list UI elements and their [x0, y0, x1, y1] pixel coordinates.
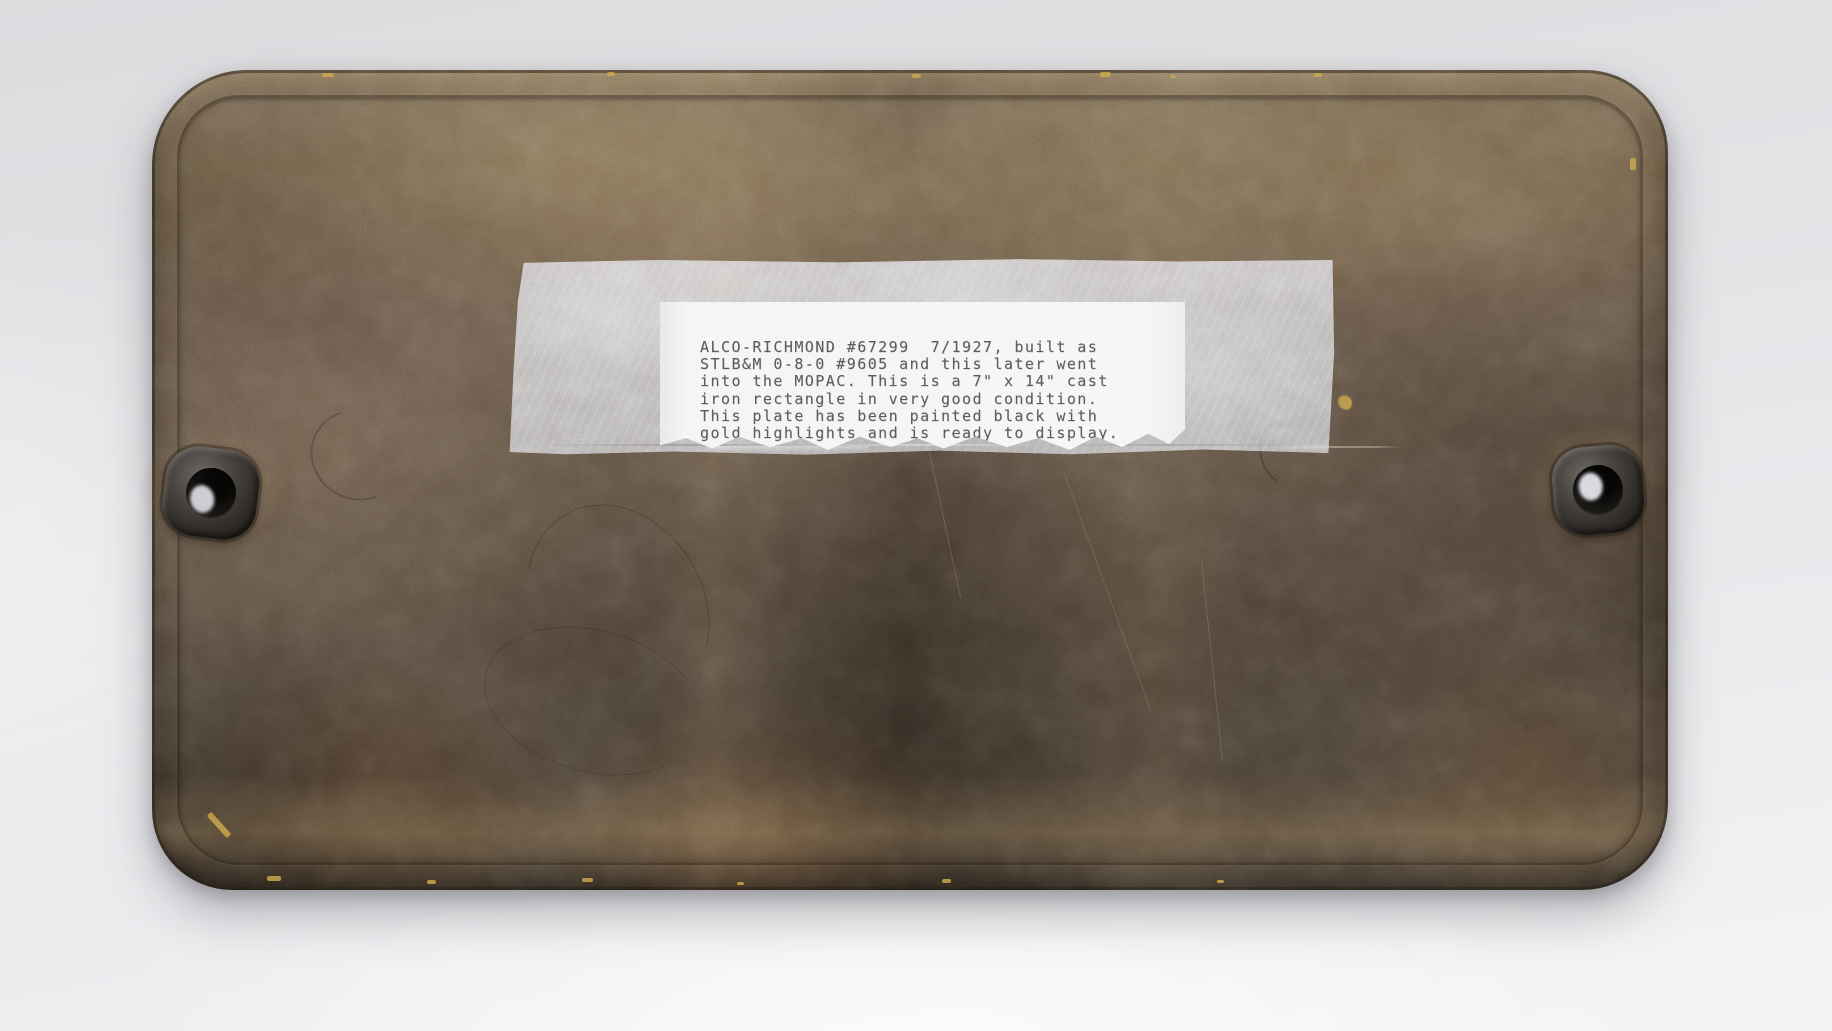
- label-text: ALCO-RICHMOND #67299 7/1927, built as ST…: [660, 302, 1185, 442]
- gold-paint-fleck: [322, 73, 334, 77]
- tape-crease: [525, 444, 1319, 446]
- gold-paint-fleck: [267, 876, 281, 881]
- plate-rim-ridge: [177, 95, 1643, 865]
- label-text-line: This plate has been painted black with: [700, 408, 1185, 425]
- tape-fold: [704, 446, 869, 453]
- builder-plate-back: ALCO-RICHMOND #67299 7/1927, built as ST…: [152, 70, 1668, 890]
- hex-nut-right: [1549, 442, 1646, 538]
- gold-paint-fleck: [737, 882, 744, 885]
- label-text-line: ALCO-RICHMOND #67299 7/1927, built as: [700, 339, 1185, 356]
- hole-light-through: [1578, 472, 1604, 502]
- label-text-line: into the MOPAC. This is a 7" x 14" cast: [700, 373, 1185, 390]
- gold-paint-fleck: [942, 879, 951, 883]
- mounting-hole-right: [1571, 463, 1625, 517]
- gold-paint-fleck: [582, 878, 593, 882]
- label-text-line: STLB&M 0-8-0 #9605 and this later went: [700, 356, 1185, 373]
- label-text-line: gold highlights and is ready to display.: [700, 425, 1185, 442]
- photo: ALCO-RICHMOND #67299 7/1927, built as ST…: [0, 0, 1832, 1031]
- gold-paint-fleck: [1314, 73, 1322, 77]
- gold-paint-fleck: [1170, 75, 1176, 78]
- hex-nut-left: [159, 443, 263, 544]
- label-text-line: iron rectangle in very good condition.: [700, 391, 1185, 408]
- gold-paint-fleck: [1630, 158, 1636, 170]
- gold-paint-fleck: [1100, 72, 1111, 77]
- mounting-hole-left: [183, 465, 239, 521]
- hole-light-through: [188, 483, 217, 515]
- gold-paint-fleck: [607, 72, 615, 76]
- paper-label: ALCO-RICHMOND #67299 7/1927, built as ST…: [660, 302, 1185, 450]
- gold-paint-fleck: [427, 880, 436, 884]
- gold-paint-fleck: [1217, 880, 1224, 883]
- gold-paint-fleck: [912, 74, 921, 78]
